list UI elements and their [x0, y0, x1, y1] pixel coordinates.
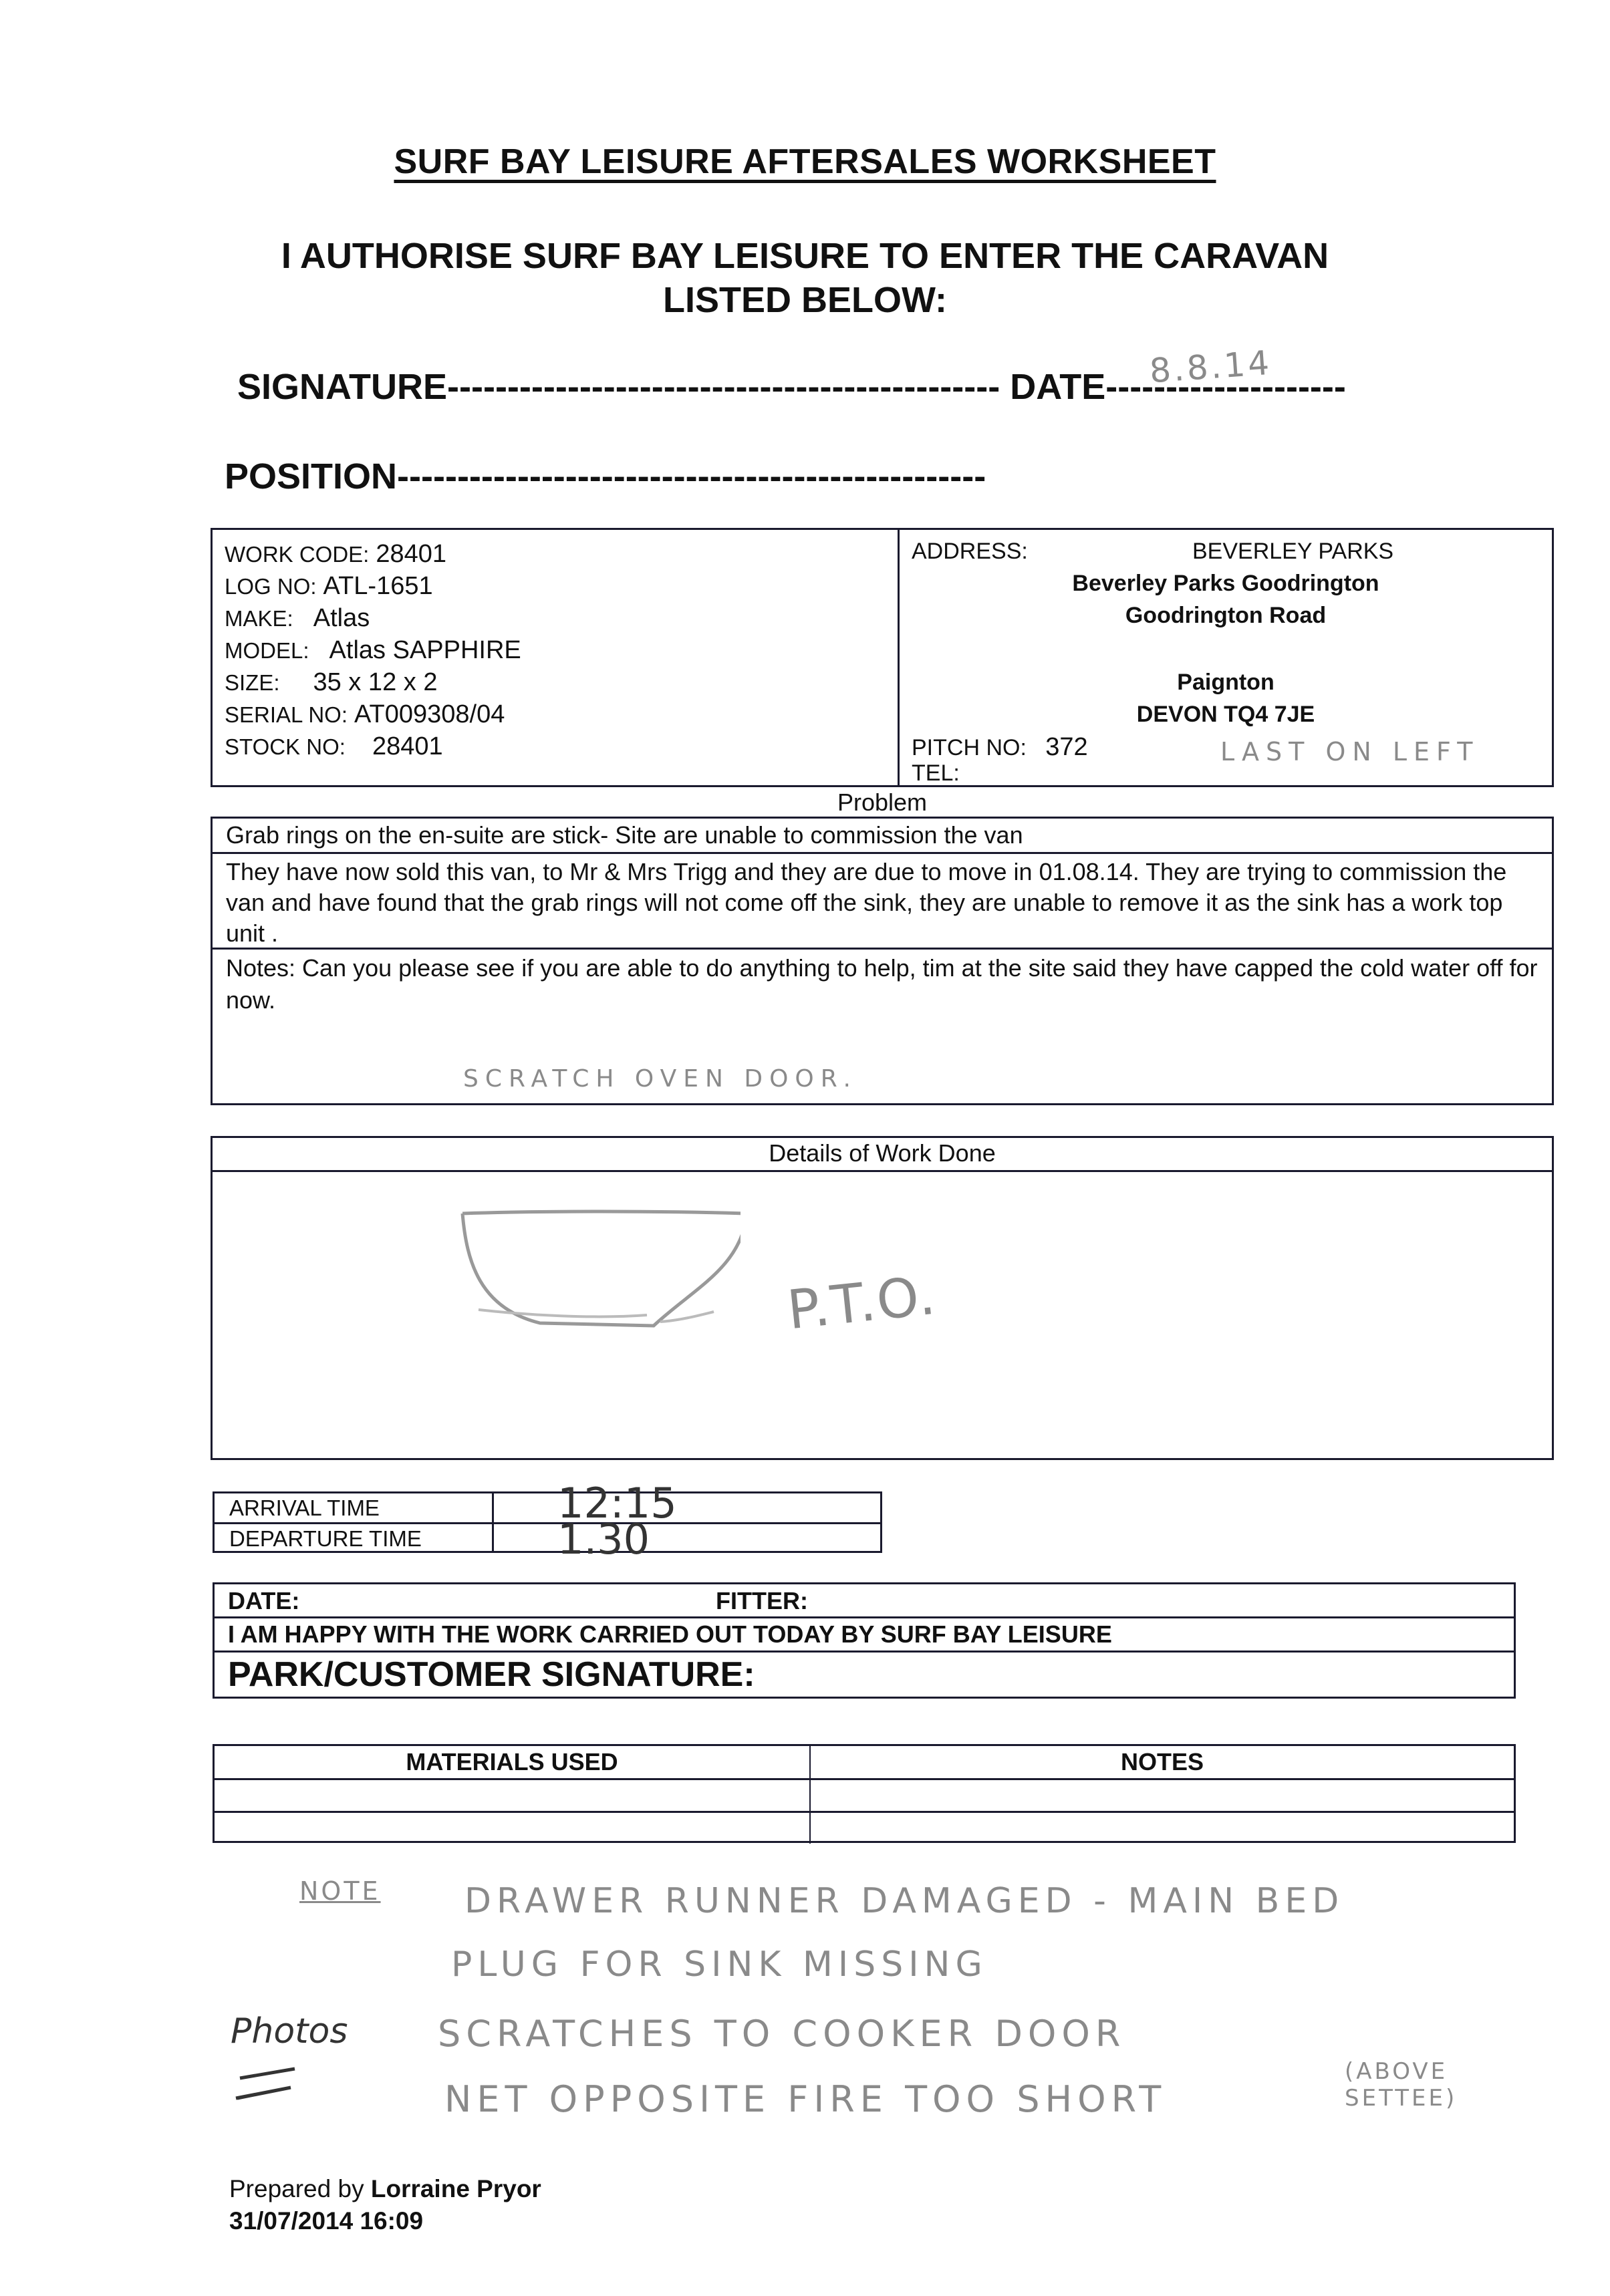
prepared-by-name: Lorraine Pryor	[371, 2175, 541, 2202]
address-town: Paignton	[912, 666, 1540, 698]
stock-value: 28401	[372, 732, 443, 760]
log-no-value: ATL-1651	[323, 572, 433, 600]
handwritten-photos-tag: Photos	[231, 2011, 348, 2051]
authorisation-statement: I AUTHORISE SURF BAY LEISURE TO ENTER TH…	[0, 234, 1610, 322]
address-header: ADDRESS: BEVERLEY PARKS	[912, 535, 1540, 567]
signature-label: SIGNATURE	[237, 367, 447, 407]
problem-details: They have now sold this van, to Mr & Mrs…	[211, 852, 1554, 950]
model-row: MODEL: Atlas SAPPHIRE	[225, 634, 886, 666]
notes-cell[interactable]	[811, 1780, 1514, 1811]
handwritten-pto: P.T.O.	[785, 1264, 940, 1342]
departure-field[interactable]: 1.30	[494, 1524, 880, 1553]
materials-table: MATERIALS USED NOTES	[213, 1744, 1516, 1843]
stock-row: STOCK NO: 28401	[225, 730, 886, 762]
worksheet-title: SURF BAY LEISURE AFTERSALES WORKSHEET	[0, 142, 1610, 182]
problem-notes-text: Notes: Can you please see if you are abl…	[226, 952, 1538, 1016]
handwritten-pitch-note: LAST ON LEFT	[1220, 737, 1479, 766]
prepared-timestamp: 31/07/2014 16:09	[229, 2205, 541, 2237]
signature-field[interactable]: ----------------------------------------…	[447, 367, 1000, 407]
address-line-2: Goodrington Road	[912, 599, 1540, 631]
materials-used-header: MATERIALS USED	[215, 1746, 811, 1778]
authorisation-line-1: I AUTHORISE SURF BAY LEISURE TO ENTER TH…	[0, 234, 1610, 278]
size-row: SIZE: 35 x 12 x 2	[225, 666, 886, 698]
notes-cell[interactable]	[811, 1813, 1514, 1844]
address-line-1: Beverley Parks Goodrington	[912, 567, 1540, 599]
customer-signature-label[interactable]: PARK/CUSTOMER SIGNATURE:	[215, 1653, 1514, 1699]
work-code-row: WORK CODE: 28401	[225, 538, 886, 570]
signoff-box: DATE: FITTER: I AM HAPPY WITH THE WORK C…	[213, 1582, 1516, 1699]
materials-cell[interactable]	[215, 1780, 811, 1811]
size-value: 35 x 12 x 2	[313, 668, 438, 696]
handwritten-aside: (ABOVE SETTEE)	[1345, 2058, 1545, 2112]
handwritten-line-1: DRAWER RUNNER DAMAGED - MAIN BED	[464, 1881, 1344, 1921]
date-fitter-row: DATE: FITTER:	[215, 1584, 1514, 1618]
materials-header-row: MATERIALS USED NOTES	[215, 1746, 1514, 1780]
park-name: BEVERLEY PARKS	[1192, 535, 1393, 567]
date-label: DATE	[1010, 367, 1105, 407]
position-label: POSITION	[225, 456, 397, 496]
serial-row: SERIAL NO: AT009308/04	[225, 698, 886, 730]
handwritten-scratch-note: SCRATCH OVEN DOOR.	[463, 1063, 857, 1095]
work-code-value: 28401	[376, 540, 446, 568]
arrival-field[interactable]: 12:15	[494, 1493, 880, 1522]
times-table: ARRIVAL TIME 12:15 DEPARTURE TIME 1.30	[213, 1491, 882, 1553]
make-value: Atlas	[313, 604, 370, 632]
model-value: Atlas SAPPHIRE	[329, 636, 521, 664]
address-section: ADDRESS: BEVERLEY PARKS Beverley Parks G…	[900, 530, 1552, 785]
problem-notes: Notes: Can you please see if you are abl…	[211, 948, 1554, 1105]
make-row: MAKE: Atlas	[225, 602, 886, 634]
position-line: POSITION--------------------------------…	[225, 456, 986, 497]
handwritten-line-3: SCRATCHES TO COOKER DOOR	[438, 2013, 1125, 2055]
handwritten-line-2: PLUG FOR SINK MISSING	[451, 1945, 988, 1985]
fitter-label: FITTER:	[716, 1587, 808, 1615]
notes-header: NOTES	[811, 1746, 1514, 1778]
problem-summary: Grab rings on the en-suite are stick- Si…	[211, 817, 1554, 854]
materials-cell[interactable]	[215, 1813, 811, 1844]
serial-value: AT009308/04	[354, 700, 505, 728]
happy-statement: I AM HAPPY WITH THE WORK CARRIED OUT TOD…	[215, 1618, 1514, 1653]
departure-value: 1.30	[557, 1515, 650, 1564]
work-done-heading: Details of Work Done	[213, 1138, 1552, 1172]
departure-row: DEPARTURE TIME 1.30	[215, 1524, 880, 1553]
log-no-row: LOG NO: ATL-1651	[225, 570, 886, 602]
handwritten-line-4: NET OPPOSITE FIRE TOO SHORT	[444, 2078, 1166, 2120]
materials-row	[215, 1780, 1514, 1813]
caravan-details: WORK CODE: 28401 LOG NO: ATL-1651 MAKE: …	[213, 530, 900, 785]
problem-heading: Problem	[211, 788, 1554, 817]
address-county-postcode: DEVON TQ4 7JE	[912, 698, 1540, 730]
departure-label: DEPARTURE TIME	[215, 1524, 494, 1553]
handwritten-note-label: NOTE	[299, 1876, 381, 1906]
caravan-details-box: WORK CODE: 28401 LOG NO: ATL-1651 MAKE: …	[211, 528, 1554, 787]
signoff-date-label: DATE:	[228, 1587, 299, 1615]
position-field[interactable]: ----------------------------------------…	[397, 456, 986, 496]
pitch-value: 372	[1045, 733, 1087, 761]
pitch-label: PITCH NO:	[912, 735, 1027, 760]
materials-row	[215, 1813, 1514, 1844]
tel-label: TEL:	[912, 760, 960, 786]
address-label: ADDRESS:	[912, 539, 1028, 564]
work-done-box: Details of Work Done P.T.O.	[211, 1136, 1554, 1460]
underline-mark-icon	[231, 2065, 304, 2105]
authorisation-line-2: LISTED BELOW:	[0, 278, 1610, 322]
prepared-by: Prepared by Lorraine Pryor 31/07/2014 16…	[229, 2173, 541, 2237]
prepared-by-label: Prepared by	[229, 2175, 364, 2202]
arrival-label: ARRIVAL TIME	[215, 1493, 494, 1522]
sink-sketch-icon	[460, 1208, 741, 1328]
arrival-row: ARRIVAL TIME 12:15	[215, 1493, 880, 1524]
